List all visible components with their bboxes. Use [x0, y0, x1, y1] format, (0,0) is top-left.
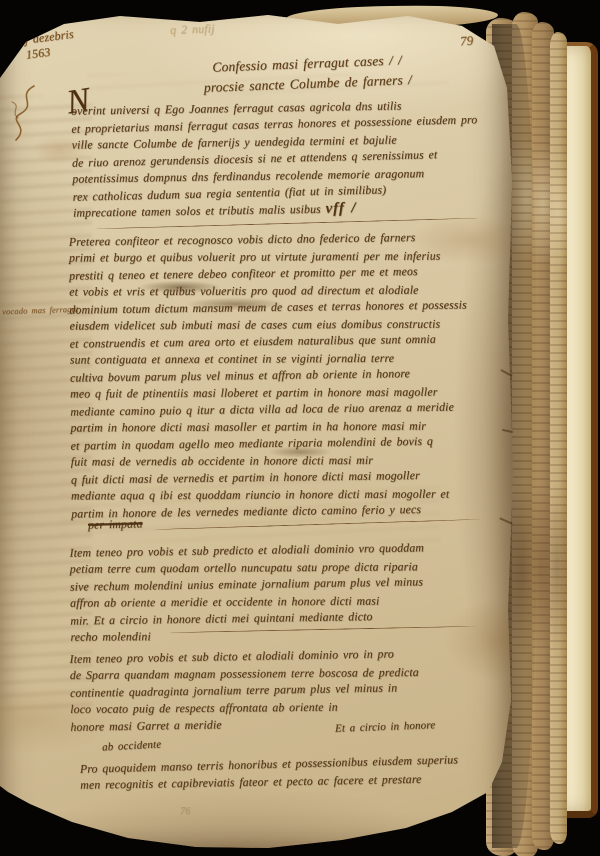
page-edge-strip: [550, 32, 567, 844]
crossed-out-word: per impata: [88, 516, 143, 531]
manuscript-photo: and fray xiij dezebris 1563 q 2 nufij 79…: [0, 0, 600, 856]
paragraph-opening: N overint universi q Ego Joannes ferragu…: [71, 95, 479, 222]
margin-flourish-icon: [4, 82, 46, 144]
boundary-subnote: Et a circio in honore: [335, 719, 436, 734]
manuscript-page: and fray xiij dezebris 1563 q 2 nufij 79…: [0, 0, 516, 856]
paragraph-closing: Pro quoquidem manso terris honoribus et …: [80, 752, 459, 794]
text-line: recho molendini: [70, 626, 425, 645]
faint-inscription: q 2 nufij: [170, 21, 215, 38]
notarial-flourish: vff /: [325, 200, 356, 216]
text-line-part: imprecatione tamen solos et tributis mal…: [73, 202, 321, 220]
margin-note: vocado mas ferragut: [2, 304, 79, 317]
entry-title: Confessio masi ferragut cases / / procsi…: [134, 47, 480, 100]
date-annotation: and fray xiij dezebris 1563: [2, 12, 77, 65]
crossed-out-text: per impata: [88, 516, 143, 532]
boundary-subnote: ab occidente: [102, 738, 162, 753]
paragraph-recognition: Preterea confiteor et recognosco vobis d…: [69, 229, 469, 521]
faint-foliation-mark: 76: [180, 806, 190, 817]
